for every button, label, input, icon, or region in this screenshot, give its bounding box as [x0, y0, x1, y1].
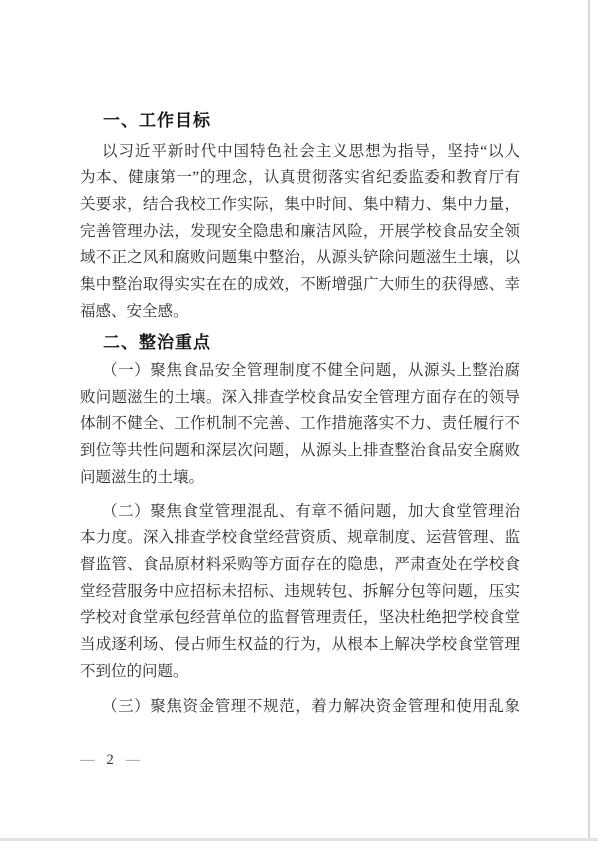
text-line: 不到位的问题。 [80, 659, 520, 686]
scan-page-bottom-edge [0, 838, 598, 841]
text-line: 福感、安全感。 [80, 299, 520, 326]
section-heading-rectification-priorities: 二、整治重点 [80, 329, 520, 356]
page-number: 2 [107, 750, 114, 770]
text-line: 问题滋生的土壤。 [80, 465, 520, 492]
scanned-document-page: 一、工作目标 以习近平新时代中国特色社会主义思想为指导，坚持“以人 为本、健康第… [0, 0, 598, 843]
text-line: 域不正之风和腐败问题集中整治，从源头铲除问题滋生土壤，以 [80, 245, 520, 272]
text-line: 堂经营服务中应招标未招标、违规转包、拆解分包等问题，压实 [80, 579, 520, 606]
text-line: 本力度。深入排查学校食堂经营资质、规章制度、运营管理、监 [80, 525, 520, 552]
paragraph-work-goals: 以习近平新时代中国特色社会主义思想为指导，坚持“以人 为本、健康第一”的理念，认… [80, 139, 520, 326]
section-heading-work-goals: 一、工作目标 [80, 107, 520, 134]
text-line: 学校对食堂承包经营单位的监督管理责任，坚决杜绝把学校食堂 [80, 605, 520, 632]
text-line: 以习近平新时代中国特色社会主义思想为指导，坚持“以人 [80, 139, 520, 166]
paragraph-item-2: （二）聚焦食堂管理混乱、有章不循问题，加大食堂管理治 本力度。深入排查学校食堂经… [80, 499, 520, 686]
text-line: 为本、健康第一”的理念，认真贯彻落实省纪委监委和教育厅有 [80, 165, 520, 192]
text-line: 关要求，结合我校工作实际，集中时间、集中精力、集中力量， [80, 192, 520, 219]
text-line: （一）聚焦食品安全管理制度不健全问题，从源头上整治腐 [80, 358, 520, 385]
footer-left-dash: — [80, 750, 95, 770]
text-line: 当成逐利场、侵占师生权益的行为，从根本上解决学校食堂管理 [80, 632, 520, 659]
text-line: 体制不健全、工作机制不完善、工作措施落实不力、责任履行不 [80, 411, 520, 438]
document-body: 一、工作目标 以习近平新时代中国特色社会主义思想为指导，坚持“以人 为本、健康第… [80, 107, 520, 721]
text-line: 败问题滋生的土壤。深入排查学校食品安全管理方面存在的领导 [80, 385, 520, 412]
text-line: 完善管理办法，发现安全隐患和廉洁风险，开展学校食品安全领 [80, 219, 520, 246]
scan-page-right-edge [588, 0, 590, 840]
footer-right-dash: — [126, 750, 141, 770]
paragraph-item-1: （一）聚焦食品安全管理制度不健全问题，从源头上整治腐 败问题滋生的土壤。深入排查… [80, 358, 520, 491]
paragraph-item-3: （三）聚焦资金管理不规范，着力解决资金管理和使用乱象 [80, 694, 520, 721]
text-line: 督监管、食品原材料采购等方面存在的隐患，严肃查处在学校食 [80, 552, 520, 579]
text-line: （二）聚焦食堂管理混乱、有章不循问题，加大食堂管理治 [80, 499, 520, 526]
text-line: （三）聚焦资金管理不规范，着力解决资金管理和使用乱象 [80, 694, 520, 721]
text-line: 集中整治取得实实在在的成效，不断增强广大师生的获得感、幸 [80, 272, 520, 299]
page-number-footer: — 2 — [80, 750, 140, 770]
text-line: 到位等共性问题和深层次问题，从源头上排查整治食品安全腐败 [80, 438, 520, 465]
